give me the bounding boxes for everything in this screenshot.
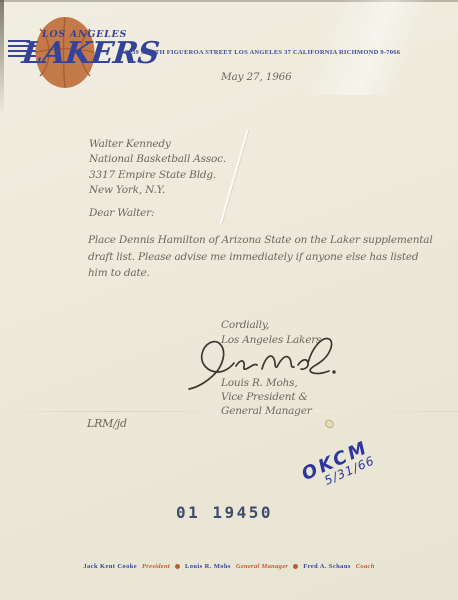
recipient-line: National Basketball Assoc. — [89, 152, 226, 167]
signer-block: Louis R. Mohs, Vice President & General … — [221, 376, 312, 419]
letter-body: Place Dennis Hamilton of Arizona State o… — [88, 232, 433, 282]
officer-title: General Manager — [236, 563, 288, 570]
body-line: him to date. — [88, 265, 433, 282]
officer-title: Coach — [356, 563, 375, 570]
basketball-dot-icon — [175, 564, 180, 569]
footer-officers: Jack Kent Cooke President Louis R. Mohs … — [0, 563, 458, 570]
letter-date: May 27, 1966 — [221, 71, 292, 83]
recipient-line: 3317 Empire State Bldg. — [89, 168, 226, 183]
basketball-dot-icon — [293, 564, 298, 569]
scan-light-wedge — [268, 0, 458, 95]
body-line: Place Dennis Hamilton of Arizona State o… — [88, 232, 433, 249]
officer-name: Jack Kent Cooke — [83, 563, 137, 570]
salutation: Dear Walter: — [89, 207, 154, 219]
reference-initials: LRM/jd — [87, 417, 127, 430]
letter-page: LOS ANGELES LAKERS 9939 SOUTH FIGUEROA S… — [0, 0, 458, 600]
recipient-address-block: Walter Kennedy National Basketball Assoc… — [89, 137, 226, 198]
recipient-line: Walter Kennedy — [89, 137, 226, 152]
paper-stain — [324, 419, 335, 430]
officer-name: Fred A. Schaus — [303, 563, 351, 570]
officer-title: President — [142, 563, 170, 570]
signer-line: Vice President & — [221, 390, 312, 404]
signer-line: General Manager — [221, 404, 312, 418]
signer-line: Louis R. Mohs, — [221, 376, 312, 390]
inventory-stamp-number: 01 19450 — [176, 503, 273, 522]
scan-left-edge — [0, 0, 4, 115]
recipient-line: New York, N.Y. — [89, 183, 226, 198]
handwritten-annotation: OKCM 5/31/66 — [299, 437, 377, 495]
letterhead-address: 9939 SOUTH FIGUEROA STREET LOS ANGELES 3… — [125, 49, 400, 56]
officer-name: Louis R. Mohs — [185, 563, 231, 570]
body-line: draft list. Please advise me immediately… — [88, 249, 433, 266]
